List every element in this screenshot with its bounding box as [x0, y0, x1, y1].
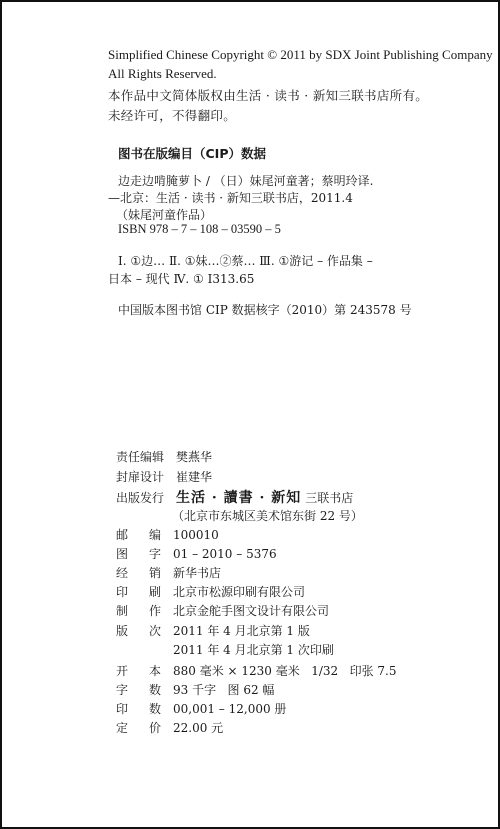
detail-value: 22.00 元 — [173, 719, 223, 736]
cip-line-1: 边走边啃腌萝卜 / （日）妹尾河童著；蔡明玲译. — [118, 172, 374, 189]
cip-line-3: （妹尾河童作品） — [116, 206, 212, 223]
detail-value: 93 千字 图 62 幅 — [173, 681, 274, 698]
detail-label-char: 制 — [116, 602, 149, 619]
detail-value: 01 – 2010 – 5376 — [173, 547, 277, 561]
publisher-brand-logo: 生活 · 讀書 · 新知 — [176, 487, 301, 507]
cip-line-2: —北京：生活 · 读书 · 新知三联书店，2011.4 — [108, 189, 353, 206]
detail-value: 100010 — [173, 528, 219, 542]
detail-label-char: 印 — [116, 583, 149, 600]
rights-reserved: All Rights Reserved. — [108, 66, 217, 82]
detail-value: 2011 年 4 月北京第 1 版 — [173, 622, 310, 639]
detail-label-char: 开 — [116, 662, 149, 679]
detail-label-char: 本 — [149, 662, 169, 679]
detail-label-char: 编 — [149, 526, 169, 543]
copyright-line-english: Simplified Chinese Copyright © 2011 by S… — [108, 47, 493, 63]
detail-value: 新华书店 — [173, 564, 221, 581]
detail-label-char: 版 — [116, 622, 149, 639]
detail-row-production: 制作北京金舵手图文设计有限公司 — [116, 602, 329, 619]
detail-label-char: 刷 — [149, 583, 169, 600]
classification-line-2: 日本 – 现代 Ⅳ. ① I313.65 — [108, 270, 254, 287]
detail-row-edition: 版次2011 年 4 月北京第 1 版 — [116, 622, 310, 639]
cip-verification-number: 中国版本图书馆 CIP 数据核字（2010）第 243578 号 — [118, 301, 412, 318]
detail-label-char: 次 — [149, 622, 169, 639]
detail-row-postcode: 邮编100010 — [116, 526, 219, 543]
detail-label-char: 经 — [116, 564, 149, 581]
credit-label: 出版发行 — [116, 489, 176, 506]
detail-label-char: 作 — [149, 602, 169, 619]
detail-label-char: 定 — [116, 719, 149, 736]
detail-value: 北京金舵手图文设计有限公司 — [173, 602, 329, 619]
detail-row-price: 定价22.00 元 — [116, 719, 223, 736]
detail-row-printer: 印刷北京市松源印刷有限公司 — [116, 583, 305, 600]
detail-row-format: 开本880 毫米 × 1230 毫米 1/32 印张 7.5 — [116, 662, 397, 679]
detail-value: 北京市松源印刷有限公司 — [173, 583, 305, 600]
credit-label: 责任编辑 — [116, 448, 176, 465]
detail-label-char: 图 — [116, 545, 149, 562]
copyright-line-chinese: 本作品中文简体版权由生活 · 读书 · 新知三联书店所有。 — [108, 86, 428, 104]
cip-title: 图书在版编目（CIP）数据 — [118, 144, 266, 162]
detail-edition-printing: 2011 年 4 月北京第 1 次印刷 — [173, 641, 334, 658]
detail-label-char: 字 — [149, 545, 169, 562]
detail-row-distributor: 经销新华书店 — [116, 564, 221, 581]
no-reproduction-notice: 未经许可，不得翻印。 — [108, 106, 236, 124]
detail-value: 00,001 – 12,000 册 — [173, 700, 286, 717]
detail-label-char: 数 — [149, 700, 169, 717]
isbn: ISBN 978 – 7 – 108 – 03590 – 5 — [118, 222, 281, 237]
credit-publisher: 出版发行生活 · 讀書 · 新知三联书店 — [116, 487, 353, 507]
detail-label-char: 邮 — [116, 526, 149, 543]
credit-cover-design: 封扉设计崔建华 — [116, 468, 212, 485]
detail-label-char: 数 — [149, 681, 169, 698]
credit-editor: 责任编辑樊燕华 — [116, 448, 212, 465]
detail-row-license: 图字01 – 2010 – 5376 — [116, 545, 277, 562]
detail-row-print-run: 印数00,001 – 12,000 册 — [116, 700, 286, 717]
detail-label-char: 字 — [116, 681, 149, 698]
publisher-name: 三联书店 — [305, 489, 353, 506]
credit-value: 崔建华 — [176, 468, 212, 485]
publisher-address: （北京市东城区美术馆东街 22 号） — [172, 507, 363, 524]
detail-label-char: 印 — [116, 700, 149, 717]
copyright-page: Simplified Chinese Copyright © 2011 by S… — [0, 0, 500, 829]
credit-label: 封扉设计 — [116, 468, 176, 485]
detail-label-char: 销 — [149, 564, 169, 581]
credit-value: 樊燕华 — [176, 448, 212, 465]
detail-row-word-count: 字数93 千字 图 62 幅 — [116, 681, 274, 698]
detail-label-char: 价 — [149, 719, 169, 736]
classification-line-1: Ⅰ. ①边… Ⅱ. ①妹…②蔡… Ⅲ. ①游记 – 作品集 – — [118, 252, 373, 269]
detail-value: 880 毫米 × 1230 毫米 1/32 印张 7.5 — [173, 662, 397, 679]
